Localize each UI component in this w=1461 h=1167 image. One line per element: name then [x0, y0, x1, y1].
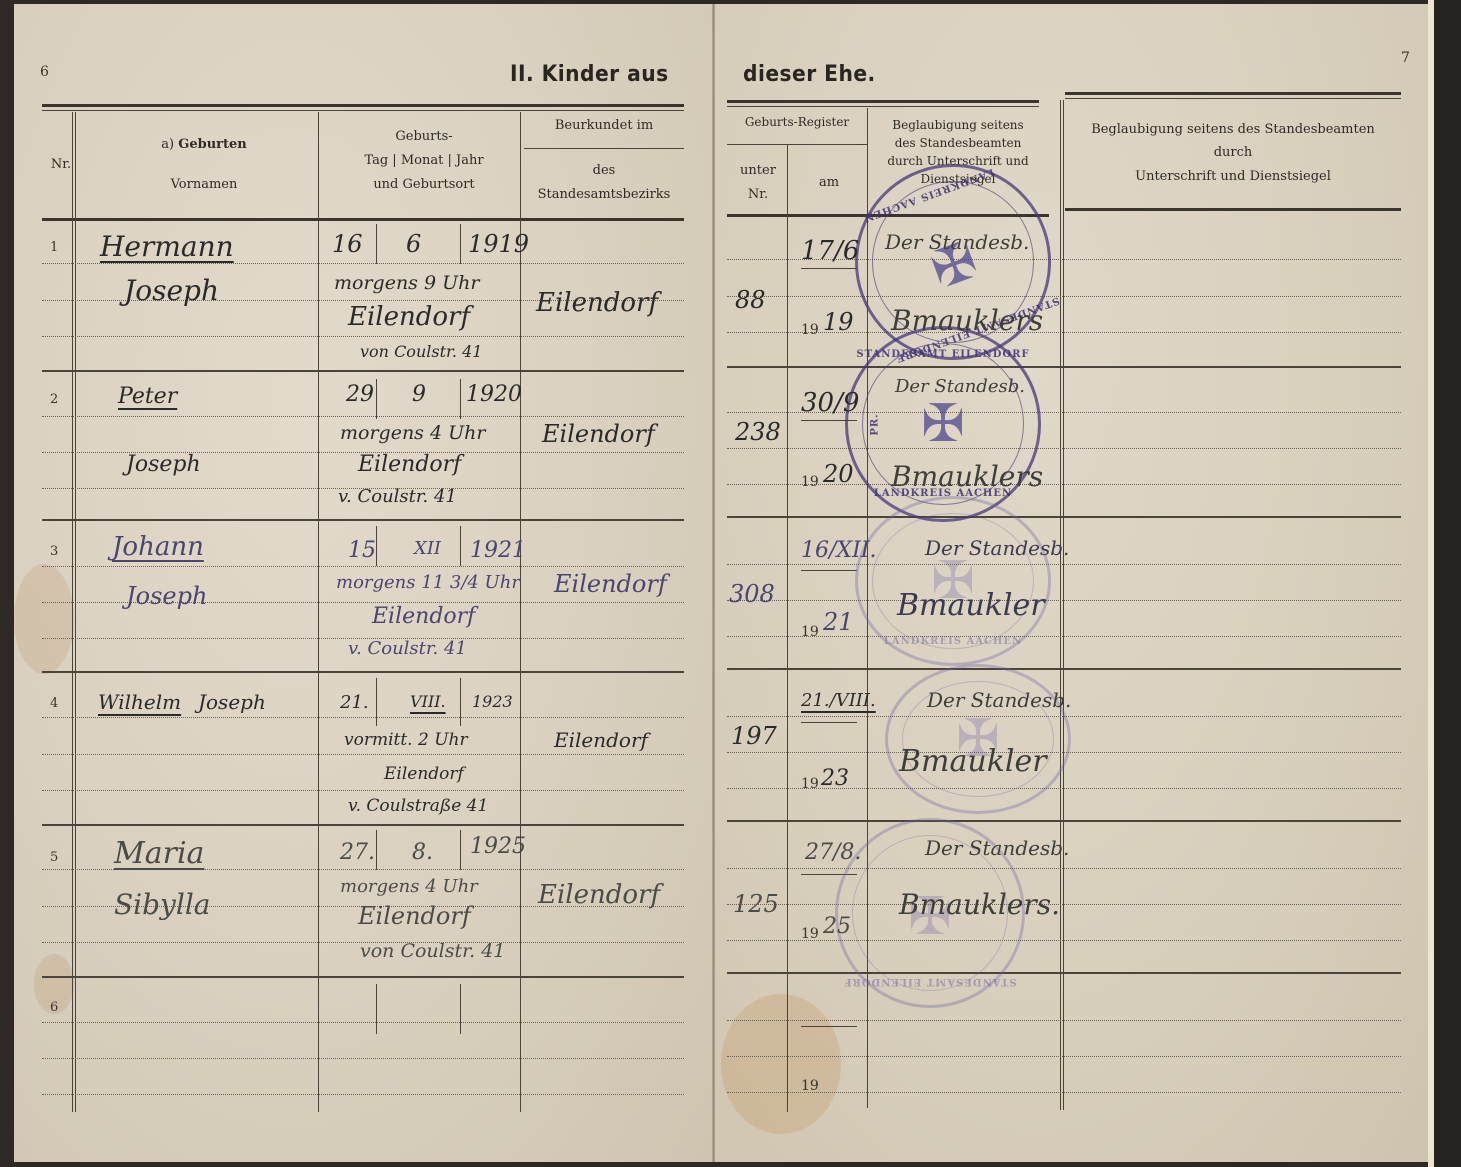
guide-line	[42, 566, 684, 567]
column-divider-vornamen	[318, 112, 319, 1112]
guide-line	[42, 717, 684, 718]
header-rule-top-wide-thin	[1065, 98, 1401, 99]
header-am: am	[791, 174, 867, 192]
year-prefix: 19	[801, 322, 819, 338]
birth-month: 9	[412, 382, 426, 407]
birth-time: morgens 11 3/4 Uhr	[336, 572, 520, 593]
registrar-signature: Bmauklers	[891, 304, 1043, 337]
column-divider-monat-r1	[460, 224, 461, 264]
child-second-name: Joseph	[198, 690, 266, 714]
birth-month: 8.	[412, 840, 433, 865]
birth-year: 1920	[466, 382, 522, 407]
birth-time: morgens 4 Uhr	[340, 876, 478, 897]
header-geburtsort: und Geburtsort	[324, 176, 524, 194]
header-rule-top-wide	[1065, 92, 1401, 95]
page-number: 7	[1401, 50, 1410, 66]
register-number: 88	[735, 286, 766, 314]
birth-time: morgens 9 Uhr	[334, 272, 479, 294]
birth-year: 1919	[468, 230, 529, 258]
birth-place: Eilendorf	[384, 764, 464, 784]
row-separator	[727, 366, 1401, 368]
page-number: 6	[40, 64, 49, 80]
row-separator	[42, 370, 684, 372]
stamp-top-text: STANDESAMT EILENDORF	[856, 349, 1029, 360]
column-divider-monat-r4	[460, 678, 461, 726]
birth-address: v. Coulstr. 41	[338, 486, 457, 507]
child-first-name: Hermann	[100, 230, 234, 263]
official-seal-stamp: ✠	[885, 664, 1071, 814]
header-rule-bottom-wide	[1065, 208, 1401, 211]
guide-line	[727, 296, 1401, 297]
register-number: 308	[729, 580, 775, 608]
column-divider-tag-r2	[376, 379, 377, 419]
header-beglaubigung-long-line: durch	[1065, 141, 1401, 164]
guide-line	[42, 1022, 684, 1023]
birth-year: 1923	[472, 692, 513, 711]
booklet-spread: 6 II. Kinder aus Nr. a) Geburten Vorname…	[0, 0, 1461, 1167]
child-second-name: Joseph	[124, 274, 219, 307]
register-year: 19	[823, 308, 854, 336]
stamp-bottom-text: LANDKREIS AACHEN	[884, 636, 1022, 647]
birth-address: v. Coulstraße 41	[348, 796, 488, 816]
column-divider-nr	[72, 112, 76, 1112]
date-fraction-line	[801, 570, 857, 571]
registrar-signature: Bmaukler	[897, 588, 1045, 623]
guide-line	[727, 904, 1401, 905]
birth-month: XII	[414, 538, 441, 559]
row-separator	[727, 668, 1401, 670]
year-prefix: 19	[801, 1078, 819, 1094]
column-divider-monat-r6	[460, 984, 461, 1034]
child-first-name: Wilhelm	[98, 690, 181, 714]
header-tag-monat-jahr: Tag | Monat | Jahr	[324, 152, 524, 170]
header-nr: Nr.	[727, 186, 789, 204]
header-geburts: Geburts-	[324, 128, 524, 146]
header-beglaubigung-long: Beglaubigung seitens des Standesbeamten …	[1065, 118, 1401, 188]
column-divider-monat-r5	[460, 830, 461, 870]
header-geburten-label: Geburten	[178, 137, 247, 152]
header-geburten: a) Geburten	[84, 136, 324, 154]
register-date: 16/XII.	[801, 538, 876, 563]
header-rule-top	[727, 100, 1039, 103]
stamp-left-text: PR.	[870, 413, 881, 435]
birth-day: 15	[348, 538, 376, 563]
official-seal-stamp: ✠ LANDKREIS AACHEN	[855, 496, 1051, 666]
right-page: 7 dieser Ehe. Geburts-Register unter Nr.…	[714, 4, 1434, 1162]
register-date: 30/9	[801, 388, 859, 418]
registry-office: Eilendorf	[538, 880, 660, 910]
registrar-title: Der Standesb.	[925, 536, 1069, 560]
header-geburten-prefix: a)	[161, 137, 174, 152]
header-rule-top-thin	[42, 110, 684, 111]
guide-line	[727, 868, 1401, 869]
header-rule-bottom	[42, 218, 684, 221]
row-separator	[42, 671, 684, 673]
birth-place: Eilendorf	[348, 302, 470, 332]
register-number: 238	[735, 418, 781, 446]
registrar-title: Der Standesb.	[885, 230, 1029, 254]
guide-line	[42, 1058, 684, 1059]
header-des: des	[524, 162, 684, 180]
birth-place: Eilendorf	[358, 452, 461, 477]
birth-address: v. Coulstr. 41	[348, 638, 467, 659]
birth-year: 1925	[470, 834, 526, 859]
column-divider-monat-r3	[460, 526, 461, 566]
birth-day: 27.	[340, 840, 375, 865]
header-beglaubigung-long-line: Unterschrift und Dienstsiegel	[1065, 165, 1401, 188]
prussian-eagle-icon: ✠	[921, 398, 965, 450]
birth-place: Eilendorf	[372, 604, 475, 629]
year-prefix: 19	[801, 474, 819, 490]
guide-line	[42, 416, 684, 417]
guide-line	[727, 1020, 1401, 1021]
row-number: 6	[50, 1000, 58, 1015]
row-separator	[42, 824, 684, 826]
register-date: 27/8.	[805, 840, 861, 865]
header-monat: Monat	[401, 153, 444, 168]
register-year: 23	[821, 766, 849, 791]
row-separator	[727, 972, 1401, 974]
row-number: 2	[50, 392, 58, 407]
header-jahr: Jahr	[456, 153, 484, 168]
guide-line	[42, 1094, 684, 1095]
guide-line	[42, 754, 684, 755]
row-separator	[727, 820, 1401, 822]
guide-line	[727, 636, 1401, 637]
header-beglaubigung-long-line: Beglaubigung seitens des Standesbeamten	[1065, 118, 1401, 141]
birth-day: 16	[332, 230, 363, 258]
row-number: 3	[50, 544, 58, 559]
column-divider-unter	[787, 144, 788, 1112]
header-vornamen: Vornamen	[84, 176, 324, 194]
paper-stain	[14, 564, 74, 674]
column-divider-tag-r3	[376, 526, 377, 566]
header-unter: unter	[727, 162, 789, 180]
column-divider-tag-r4	[376, 678, 377, 726]
row-number: 1	[50, 240, 58, 255]
stamp-top-text: STANDESAMT EILENDORF	[843, 976, 1016, 987]
birth-month: 6	[406, 230, 421, 258]
section-title-right: dieser Ehe.	[743, 62, 876, 87]
birth-month: VIII.	[410, 692, 446, 711]
registry-office: Eilendorf	[536, 288, 658, 318]
book-cover-edge	[1434, 0, 1461, 1167]
header-geburtsregister: Geburts-Register	[727, 114, 867, 131]
register-number: 125	[733, 890, 779, 918]
registrar-title: Der Standesb.	[895, 376, 1025, 397]
header-standesamtsbezirks: Standesamtsbezirks	[524, 186, 684, 204]
register-year: 25	[823, 914, 851, 939]
guide-line	[42, 263, 684, 264]
row-separator	[727, 516, 1401, 518]
date-fraction-line	[801, 268, 857, 269]
guide-line	[727, 600, 1401, 601]
header-tag: Tag	[364, 153, 388, 168]
registrar-signature: Bmauklers.	[899, 888, 1060, 921]
guide-line	[727, 940, 1401, 941]
child-second-name: Joseph	[126, 582, 207, 610]
header-subrule	[727, 144, 867, 145]
column-divider-beglaubigung	[1060, 100, 1064, 1110]
paper-stain	[721, 994, 841, 1134]
registry-office: Eilendorf	[554, 570, 667, 598]
section-title-left: II. Kinder aus	[510, 62, 669, 87]
birth-address: von Coulstr. 41	[360, 342, 482, 361]
year-prefix: 19	[801, 776, 819, 792]
column-divider-monat-r2	[460, 379, 461, 419]
birth-time: morgens 4 Uhr	[340, 422, 485, 444]
child-second-name: Joseph	[126, 452, 201, 477]
birth-year: 1921	[470, 538, 526, 563]
guide-line	[727, 1092, 1401, 1093]
header-subrule	[524, 148, 684, 149]
header-rule-top	[42, 104, 684, 107]
register-date: 17/6	[801, 236, 859, 266]
register-year: 21	[823, 608, 854, 636]
guide-line	[42, 336, 684, 337]
date-fraction-line	[801, 1026, 857, 1027]
child-first-name: Peter	[118, 384, 177, 409]
registrar-signature: Bmauklers	[891, 460, 1043, 493]
register-year: 20	[823, 460, 854, 488]
birth-address: von Coulstr. 41	[360, 940, 505, 962]
row-number: 5	[50, 850, 58, 865]
birth-day: 29	[346, 382, 374, 407]
header-beurkundet: Beurkundet im	[524, 117, 684, 135]
birth-time: vormitt. 2 Uhr	[344, 730, 468, 750]
birth-day: 21.	[340, 692, 369, 713]
column-divider-tag-r1	[376, 224, 377, 264]
birth-place: Eilendorf	[358, 902, 471, 930]
register-number: 197	[731, 722, 777, 750]
year-prefix: 19	[801, 624, 819, 640]
child-first-name: Johann	[112, 532, 204, 562]
guide-line	[42, 790, 684, 791]
registrar-signature: Bmaukler	[899, 744, 1047, 779]
row-separator	[42, 976, 684, 978]
register-date: 21./VIII.	[801, 690, 876, 711]
header-beglaubigung-short-line: Beglaubigung seitens	[867, 116, 1049, 134]
child-first-name: Maria	[114, 836, 204, 871]
registrar-title: Der Standesb.	[925, 836, 1069, 860]
guide-line	[727, 564, 1401, 565]
column-divider-tag-r5	[376, 830, 377, 870]
left-page: 6 II. Kinder aus Nr. a) Geburten Vorname…	[14, 4, 714, 1162]
year-prefix: 19	[801, 926, 819, 942]
row-separator	[42, 519, 684, 521]
registry-office: Eilendorf	[554, 728, 648, 752]
header-beglaubigung-short-line: des Standesbeamten	[867, 134, 1049, 152]
guide-line	[727, 448, 1401, 449]
row-number: 4	[50, 696, 58, 711]
child-second-name: Sibylla	[114, 888, 210, 921]
date-fraction-line	[801, 722, 857, 723]
guide-line	[727, 1056, 1401, 1057]
registrar-title: Der Standesb.	[927, 688, 1071, 712]
header-rule-top-thin	[727, 106, 1039, 107]
column-divider-tag-r6	[376, 984, 377, 1034]
registry-office: Eilendorf	[542, 420, 655, 448]
column-divider-geburtsort	[520, 112, 521, 1112]
